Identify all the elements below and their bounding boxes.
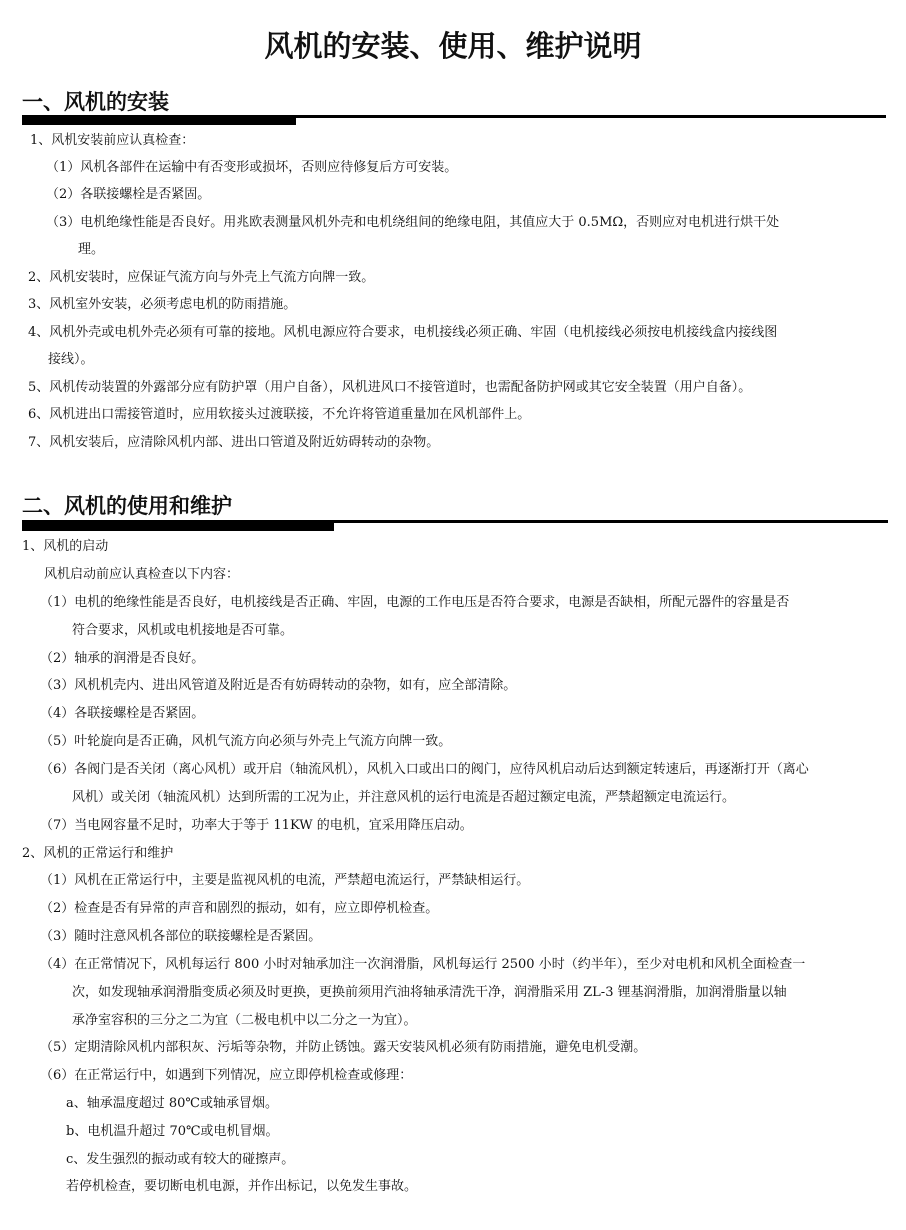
- subsection-heading: 2、风机的正常运行和维护: [22, 845, 173, 863]
- list-item: （1）风机在正常运行中，主要是监视风机的电流，严禁超电流运行，严禁缺相运行。: [40, 872, 529, 890]
- list-item: （2）轴承的润滑是否良好。: [40, 650, 204, 668]
- list-item: （2）各联接螺栓是否紧固。: [46, 186, 210, 204]
- list-item: （5）定期清除风机内部积灰、污垢等杂物，并防止锈蚀。露天安装风机必须有防雨措施，…: [40, 1039, 646, 1057]
- list-item-continuation: 次，如发现轴承润滑脂变质必须及时更换，更换前须用汽油将轴承清洗干净，润滑脂采用 …: [72, 984, 787, 1002]
- list-item: （4）在正常情况下，风机每运行 800 小时对轴承加注一次润滑脂，风机每运行 2…: [40, 956, 805, 974]
- list-item: 3、风机室外安装，必须考虑电机的防雨措施。: [28, 296, 296, 314]
- section-heading-usage-maintenance: 二、风机的使用和维护: [22, 490, 232, 520]
- subsection-heading: 1、风机的启动: [22, 538, 108, 556]
- list-item-continuation: 符合要求，风机或电机接地是否可靠。: [72, 622, 293, 640]
- list-item: （4）各联接螺栓是否紧固。: [40, 705, 204, 723]
- list-item: （3）电机绝缘性能是否良好。用兆欧表测量风机外壳和电机绕组间的绝缘电阻，其值应大…: [46, 214, 779, 232]
- list-item: （3）随时注意风机各部位的联接螺栓是否紧固。: [40, 928, 321, 946]
- list-item-continuation: 接线）。: [48, 351, 94, 369]
- list-item-continuation: 风机）或关闭（轴流风机）达到所需的工况为止，并注意风机的运行电流是否超过额定电流…: [72, 789, 735, 807]
- list-item: （1）风机各部件在运输中有否变形或损坏，否则应待修复后方可安装。: [46, 159, 457, 177]
- list-item: （6）各阀门是否关闭（离心风机）或开启（轴流风机），风机入口或出口的阀门，应待风…: [40, 761, 809, 779]
- section-rule-thick: [22, 520, 334, 531]
- section-rule-thick: [22, 115, 296, 125]
- list-item-continuation: 承净室容积的三分之二为宜（二极电机中以二分之一为宜）。: [72, 1012, 417, 1030]
- list-item: （5）叶轮旋向是否正确，风机气流方向必须与外壳上气流方向牌一致。: [40, 733, 451, 751]
- list-item: 5、风机传动装置的外露部分应有防护罩（用户自备），风机进风口不接管道时，也需配备…: [28, 379, 751, 397]
- list-item: （6）在正常运行中，如遇到下列情况，应立即停机检查或修理：: [40, 1067, 412, 1085]
- section-heading-installation: 一、风机的安装: [22, 86, 169, 116]
- list-item: 1、风机安装前应认真检查：: [30, 132, 194, 150]
- list-item: 7、风机安装后，应清除风机内部、进出口管道及附近妨碍转动的杂物。: [28, 434, 439, 452]
- list-item: （2）检查是否有异常的声音和剧烈的振动，如有，应立即停机检查。: [40, 900, 438, 918]
- sub-list-item: a、轴承温度超过 80℃或轴承冒烟。: [66, 1095, 278, 1113]
- list-item: （7）当电网容量不足时，功率大于等于 11KW 的电机，宜采用降压启动。: [40, 817, 473, 835]
- list-item: 6、风机进出口需接管道时，应用软接头过渡联接，不允许将管道重量加在风机部件上。: [28, 406, 530, 424]
- sub-list-item: c、发生强烈的振动或有较大的碰擦声。: [66, 1151, 294, 1169]
- paragraph: 若停机检查，要切断电机电源，并作出标记，以免发生事故。: [66, 1178, 417, 1196]
- list-item: （3）风机机壳内、进出风管道及附近是否有妨碍转动的杂物，如有，应全部清除。: [40, 677, 516, 695]
- sub-list-item: b、电机温升超过 70℃或电机冒烟。: [66, 1123, 279, 1141]
- list-item: 4、风机外壳或电机外壳必须有可靠的接地。风机电源应符合要求，电机接线必须正确、牢…: [28, 324, 777, 342]
- list-item: 2、风机安装时，应保证气流方向与外壳上气流方向牌一致。: [28, 269, 374, 287]
- list-item-continuation: 理。: [78, 241, 104, 259]
- list-item: （1）电机的绝缘性能是否良好，电机接线是否正确、牢固，电源的工作电压是否符合要求…: [40, 594, 789, 612]
- document-title: 风机的安装、使用、维护说明: [0, 24, 906, 65]
- paragraph: 风机启动前应认真检查以下内容：: [44, 566, 239, 584]
